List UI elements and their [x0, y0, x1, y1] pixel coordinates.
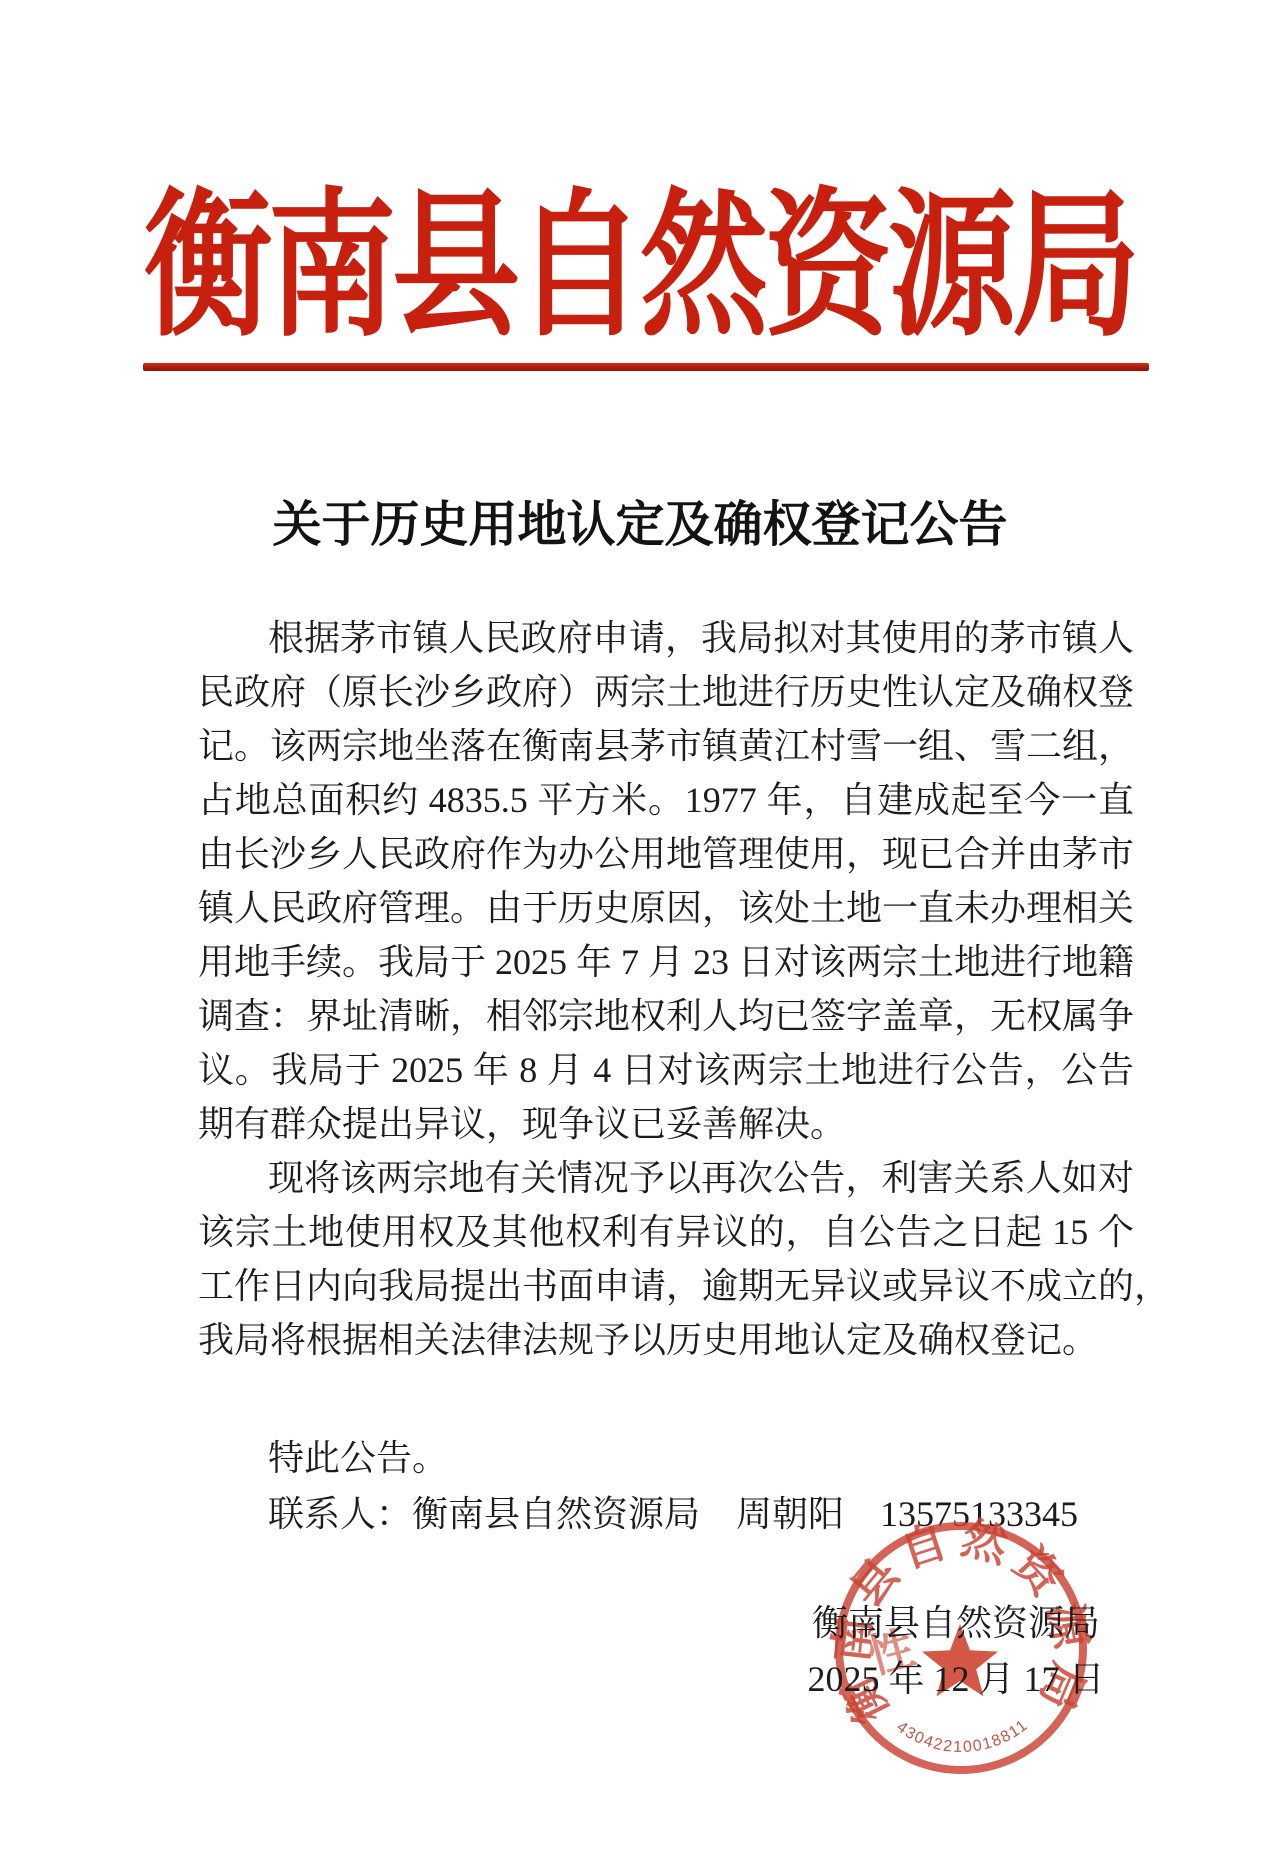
body-line: 现将该两宗地有关情况予以再次公告，利害关系人如对 [198, 1151, 1134, 1205]
red-separator-rule [143, 363, 1149, 371]
body-line: 由长沙乡人民政府作为办公用地管理使用，现已合并由茅市 [198, 827, 1134, 881]
signature-date: 2025 年 12 月 17 日 [803, 1658, 1109, 1700]
document-masthead: 衡南县自然资源局 [144, 188, 1138, 347]
body-line: 议。我局于 2025 年 8 月 4 日对该两宗土地进行公告，公告 [198, 1043, 1134, 1097]
document-body: 根据茅市镇人民政府申请，我局拟对其使用的茅市镇人民政府（原长沙乡政府）两宗土地进… [198, 611, 1134, 1367]
body-line: 该宗土地使用权及其他权利有异议的，自公告之日起 15 个 [198, 1205, 1134, 1259]
body-line: 调查：界址清晰，相邻宗地权利人均已签字盖章，无权属争 [198, 989, 1134, 1043]
closing-line: 特此公告。 [268, 1431, 448, 1485]
signature-agency: 衡南县自然资源局 [803, 1602, 1109, 1644]
masthead-agency-text: 衡南县自然资源局 [144, 188, 1136, 347]
paragraph-2: 现将该两宗地有关情况予以再次公告，利害关系人如对该宗土地使用权及其他权利有异议的… [198, 1151, 1134, 1367]
seal-serial-number: 43042210018811 [893, 1716, 1031, 1756]
body-line: 我局将根据相关法律法规予以历史用地认定及确权登记。 [198, 1313, 1134, 1367]
body-line: 用地手续。我局于 2025 年 7 月 23 日对该两宗土地进行地籍 [198, 935, 1134, 989]
body-line: 记。该两宗地坐落在衡南县茅市镇黄江村雪一组、雪二组， [198, 719, 1134, 773]
announcement-document: 衡南县自然资源局 关于历史用地认定及确权登记公告 根据茅市镇人民政府申请，我局拟… [0, 0, 1280, 1851]
paragraph-1: 根据茅市镇人民政府申请，我局拟对其使用的茅市镇人民政府（原长沙乡政府）两宗土地进… [198, 611, 1134, 1151]
body-line: 镇人民政府管理。由于历史原因，该处土地一直未办理相关 [198, 881, 1134, 935]
signature-block: 衡南县自然资源局 2025 年 12 月 17 日 [803, 1602, 1109, 1700]
body-line: 工作日内向我局提出书面申请，逾期无异议或异议不成立的， [198, 1259, 1134, 1313]
document-title: 关于历史用地认定及确权登记公告 [0, 486, 1280, 556]
body-line: 期有群众提出异议，现争议已妥善解决。 [198, 1097, 1134, 1151]
body-line: 民政府（原长沙乡政府）两宗土地进行历史性认定及确权登 [198, 665, 1134, 719]
body-line: 根据茅市镇人民政府申请，我局拟对其使用的茅市镇人 [198, 611, 1134, 665]
body-line: 占地总面积约 4835.5 平方米。1977 年，自建成起至今一直 [198, 773, 1134, 827]
